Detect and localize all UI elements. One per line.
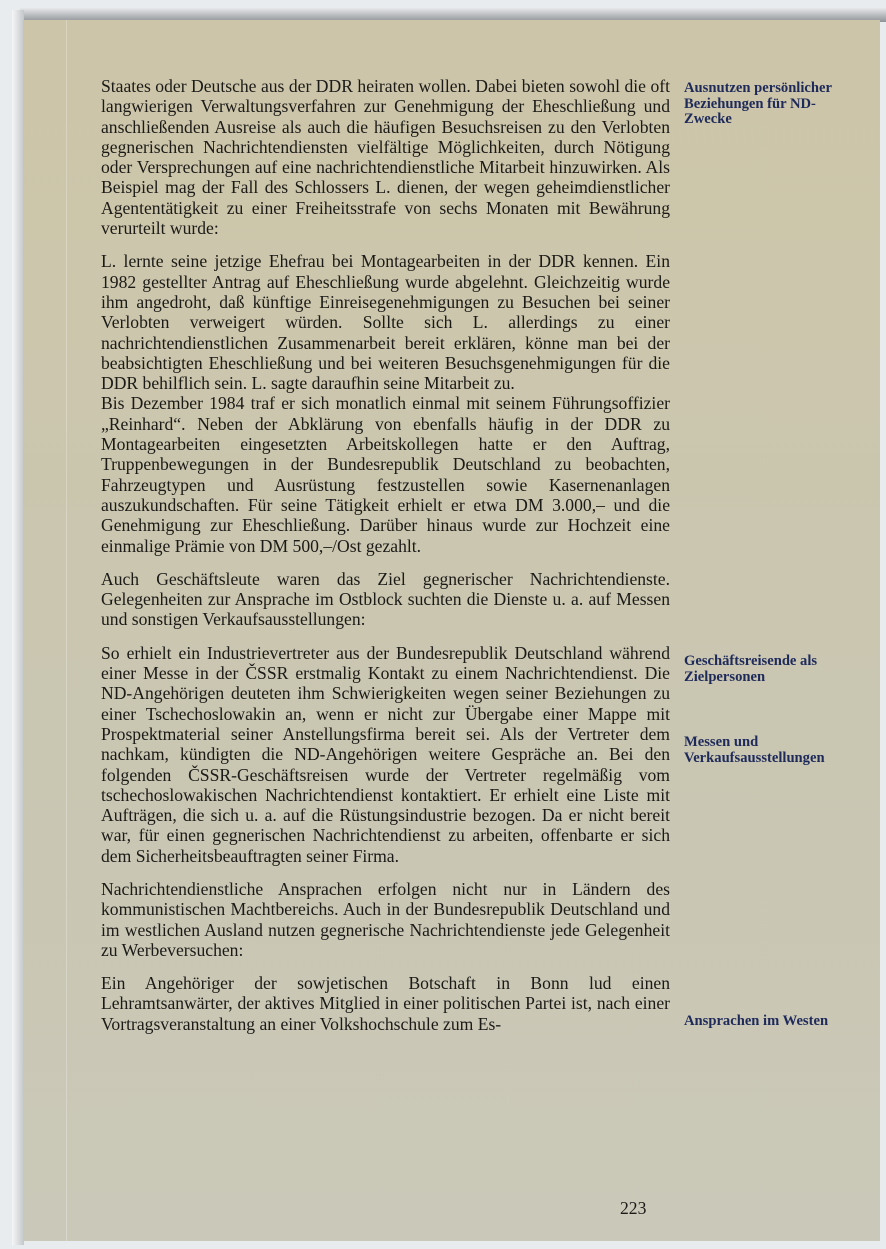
paragraph-western-approaches: Nachrichtendienstliche Ansprachen erfolg…: [101, 879, 670, 960]
main-text-column: Staates oder Deutsche aus der DDR heirat…: [101, 76, 670, 1034]
paragraph-business-people: Auch Geschäftsleute waren das Ziel gegne…: [101, 569, 670, 630]
paragraph-case-l: L. lernte seine jetzige Ehefrau bei Mont…: [101, 251, 670, 393]
paragraph-soviet-embassy: Ein Angehöriger der sowjetischen Botscha…: [101, 973, 670, 1034]
margin-note-personal-relations: Ausnutzen persönlicher Beziehungen für N…: [684, 81, 844, 128]
paragraph-case-l-continued: Bis Dezember 1984 traf er sich monatlich…: [101, 393, 670, 555]
paragraph-marriage-procedures: Staates oder Deutsche aus der DDR heirat…: [101, 76, 670, 238]
page-number: 223: [620, 1198, 646, 1219]
margin-note-business-travelers: Geschäftsreisende als Zielpersonen: [684, 654, 844, 685]
margin-note-trade-fairs: Messen und Verkaufsausstellungen: [684, 735, 844, 766]
margin-note-approaches-west: Ansprachen im Westen: [684, 1014, 844, 1030]
document-page: Staates oder Deutsche aus der DDR heirat…: [23, 20, 880, 1241]
paragraph-industrial-representative: So erhielt ein Industrievertreter aus de…: [101, 643, 670, 866]
